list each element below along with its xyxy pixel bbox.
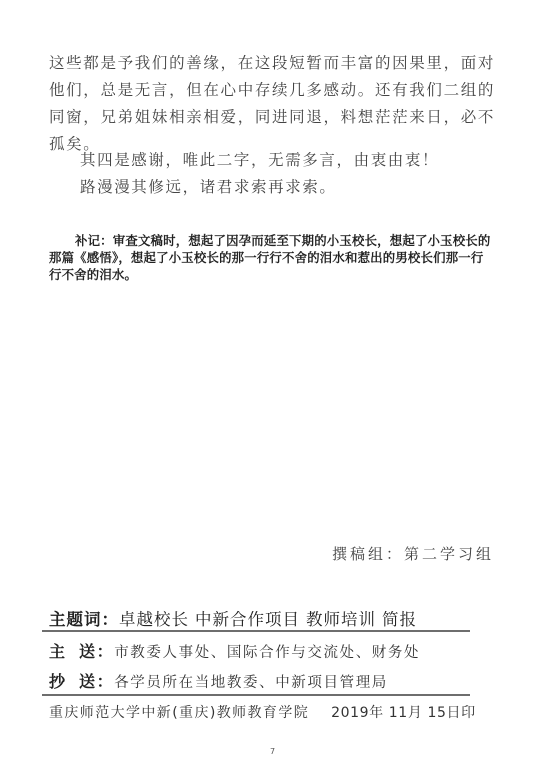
copy-to-row: 抄送：各学员所在当地教委、中新项目管理局 (49, 669, 388, 692)
body-paragraph: 这些都是予我们的善缘，在这段短暂而丰富的因果里，面对他们，总是无言，但在心中存续… (49, 50, 495, 158)
divider-line (42, 630, 470, 632)
postscript-note: 补记：审查文稿时，想起了因孕而延至下期的小玉校长，想起了小玉校长的那篇《感悟》，… (49, 232, 496, 283)
publisher-row: 重庆师范大学中新(重庆)教师教育学院2019年 11月 15日印 (49, 702, 476, 722)
document-page: 这些都是予我们的善缘，在这段短暂而丰富的因果里，面对他们，总是无言，但在心中存续… (0, 0, 554, 761)
send-to-value: 市教委人事处、国际合作与交流处、财务处 (114, 645, 420, 661)
print-date: 2019年 11月 15日印 (331, 705, 476, 721)
divider-line (42, 694, 470, 696)
page-number: 7 (270, 747, 275, 756)
keyword: 中新合作项目 (195, 610, 300, 629)
copy-to-value: 各学员所在当地教委、中新项目管理局 (114, 675, 388, 691)
keyword: 简报 (382, 610, 417, 629)
body-paragraph: 其四是感谢，唯此二字，无需多言，由衷由衷！ (49, 147, 495, 174)
send-to-row: 主送：市教委人事处、国际合作与交流处、财务处 (49, 639, 420, 662)
keyword: 卓越校长 (119, 610, 189, 629)
copy-to-label: 抄送： (49, 669, 114, 692)
body-paragraph: 路漫漫其修远，诸君求索再求索。 (49, 174, 495, 201)
keywords-row: 主题词：卓越校长中新合作项目教师培训简报 (49, 606, 423, 630)
publisher-name: 重庆师范大学中新(重庆)教师教育学院 (49, 705, 309, 721)
keyword: 教师培训 (306, 610, 376, 629)
send-to-label: 主送： (49, 639, 114, 662)
keywords-label: 主题词： (49, 610, 119, 629)
author-line: 撰稿组：第二学习组 (332, 543, 494, 564)
